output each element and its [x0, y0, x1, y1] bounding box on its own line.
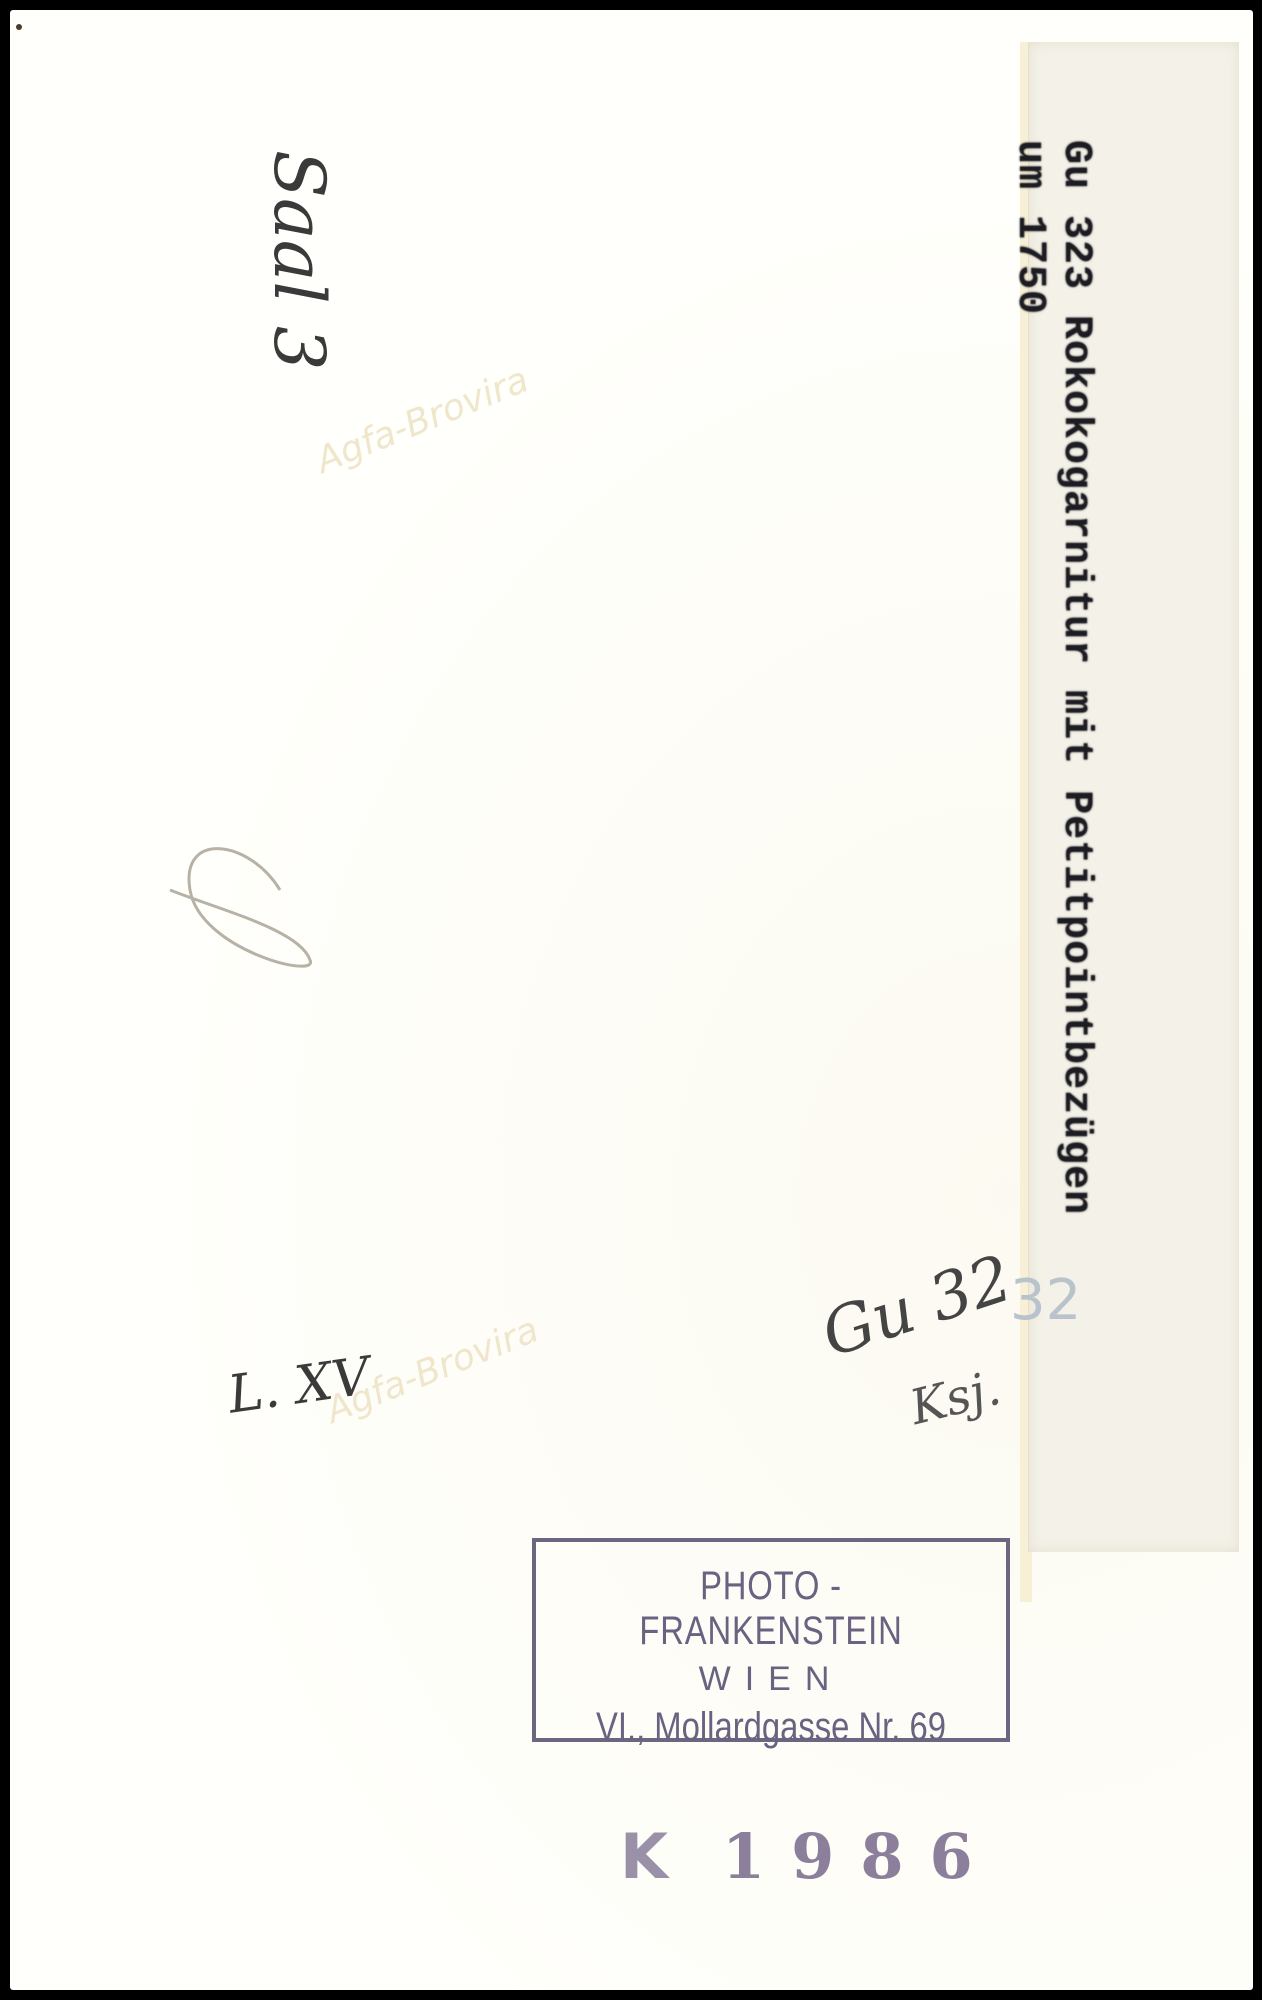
- dust-speck: [16, 24, 22, 30]
- faint-pencil-number: 32: [1010, 1268, 1081, 1333]
- stamp-address: VI., Mollardgasse Nr. 69: [578, 1705, 963, 1750]
- handwritten-room-note: Saal 3: [258, 150, 340, 371]
- studio-stamp: PHOTO - FRANKENSTEIN WIEN VI., Mollardga…: [532, 1538, 1010, 1742]
- typed-label-line1: Gu 323 Rokokogarnitur mit Petitpointbezü…: [1052, 140, 1098, 1215]
- archive-number-stamp: K1986: [620, 1820, 999, 1893]
- stamp-studio-name: PHOTO - FRANKENSTEIN: [578, 1564, 963, 1654]
- pencil-loop-mark: [160, 830, 340, 1010]
- typed-label-line2: um 1750: [1006, 140, 1052, 1215]
- archive-prefix: K: [620, 1820, 694, 1893]
- typed-label-text: Gu 323 Rokokogarnitur mit Petitpointbezü…: [1006, 140, 1098, 1215]
- archive-number: 1986: [722, 1820, 999, 1893]
- stamp-city: WIEN: [536, 1660, 1006, 1699]
